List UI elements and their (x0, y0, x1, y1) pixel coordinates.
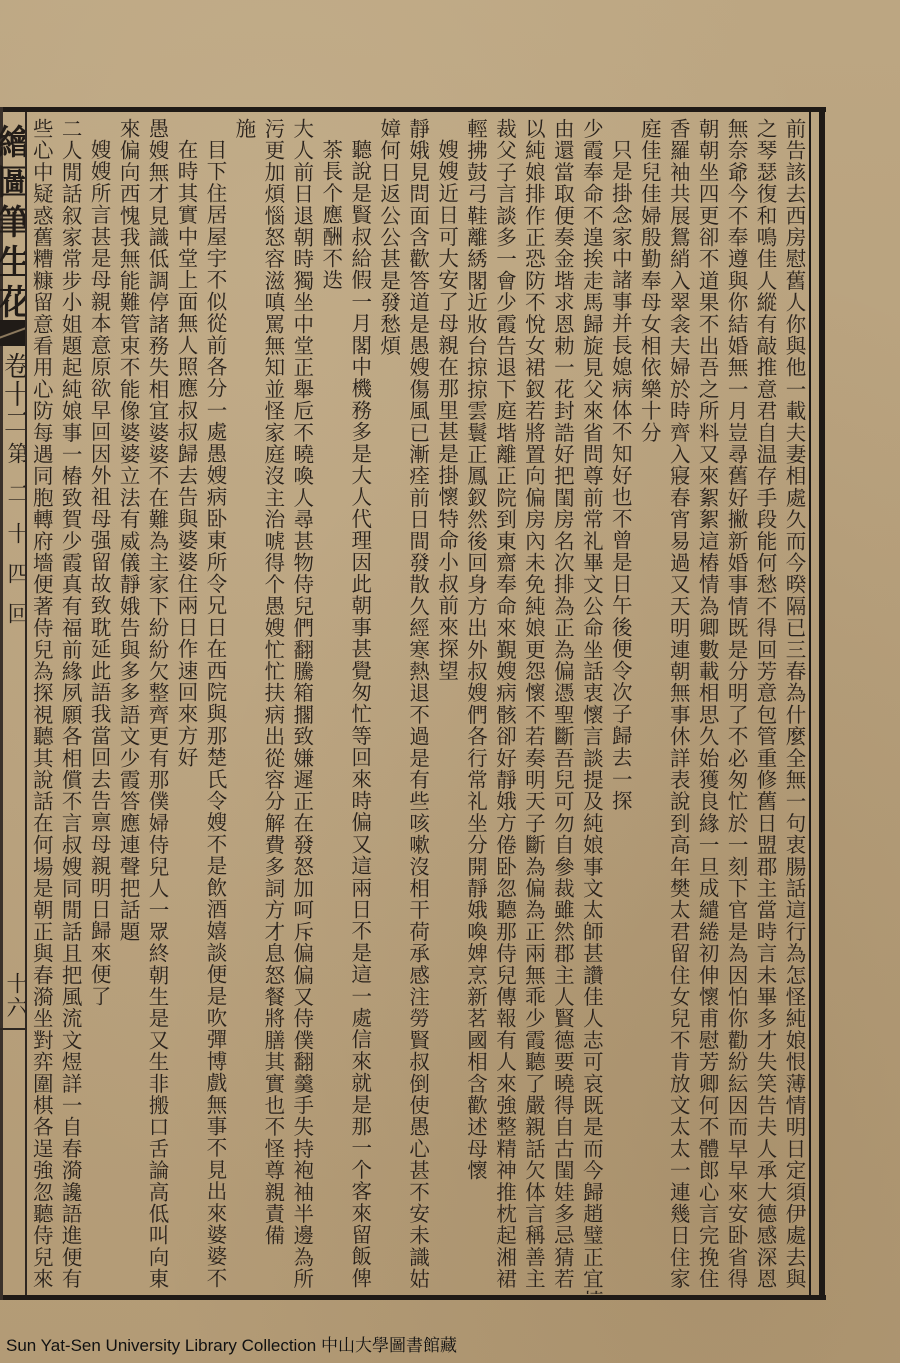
scanned-book-page: 繪圖筆生花 卷十二 第二十四回 十六 前告該去西房慰舊人你與他一載夫妻相處久而今… (0, 0, 900, 1363)
frame-bottom-rule (0, 1295, 826, 1300)
chapter-label: 第二十四回 (1, 442, 25, 642)
text-column: 大人前日退朝時獨坐中堂正舉卮不曉喚人尋甚物侍兒們翻騰箱擱致嫌遲正在發怒加呵斥偏偏… (287, 118, 316, 1294)
frame-top-rule (0, 107, 826, 112)
text-block: 前告該去西房慰舊人你與他一載夫妻相處久而今暌隔已三春為什麼全無一句衷腸話這行為怎… (26, 118, 808, 1294)
text-column: 以純娘排作正恐防不悅女裙釵若將置向偏房內未免純娘更怨懷不若奏明天子斷為偏為正兩無… (518, 118, 547, 1294)
text-column: 少霞奉命不遑挨走馬歸旋見父來省問尊前常礼畢文公命坐話衷懷言談提及純娘事文太師甚讚… (576, 118, 605, 1294)
volume-label: 卷十二 (0, 352, 25, 436)
text-column: 來偏向西愧我無能難管束不能像婆婆立法有威儀靜娥告與多多語文少霞答應連聲把話題 (113, 118, 142, 1294)
text-column: 靜娥見問面含歡答道是愚嫂傷風已漸痊前日間發散久經寒熱退不過是有些咳嗽沒相干荷承感… (403, 118, 432, 1294)
page-number: 十六 (0, 972, 25, 1020)
text-column: 之琴瑟復和鳴佳人縱有敲推意君自温存手段能何愁不得回芳意包管重修舊日盟郡主當時言未… (750, 118, 779, 1294)
text-column-prose: 嫂嫂所言甚是母親本意原欲早回因外祖母强留故致耽延此語我當回去告禀母親明日歸來便了 (84, 118, 113, 1294)
book-title: 繪圖筆生花 (0, 124, 25, 324)
library-credit: Sun Yat-Sen University Library Collectio… (6, 1331, 457, 1356)
frame-right-inner-rule (809, 107, 811, 1300)
text-column-prose: 聽說是賢叔給假一月閣中機務多是大人代理因此朝事甚覺匆忙等回來時偏又這兩日不是這一… (345, 118, 374, 1294)
text-column-prose: 只是掛念家中諸事并長媳病体不知好也不曾是日午後便令次子歸去一探 (605, 118, 634, 1294)
text-column: 由還當取便奏金堦求恩勅一花封誥好把閨房名次排為正為偏憑聖斷吾兒可勿自參裁雖然郡主… (547, 118, 576, 1294)
fishtail-ornament-icon (0, 320, 25, 346)
text-column: 污更加煩惱怒容滋嗔罵無知並怪家庭沒主治唬得个愚嫂忙忙扶病出從容分解費多詞方才息怒… (258, 118, 287, 1294)
text-column: 二人閒話叙家常步小姐題起純娘事一樁致賀少霞真有福前緣夙願各相償不言叔嫂同閒話且把… (55, 118, 84, 1294)
text-column-prose: 嫂嫂近日可大安了母親在那里甚是掛懷特命小叔前來探望 (432, 118, 461, 1294)
text-column-prose: 在時其實中堂上面無人照應叔叔歸去告與婆婆住兩日作速回來方好 (171, 118, 200, 1294)
text-column: 朝朝坐四更卻不道果不出吾之所料又來絮絮這樁情為卿數載相思久始獲良緣一旦成繾綣初伸… (692, 118, 721, 1294)
text-column-prose: 目下住居屋宇不似從前各分一處愚嫂病卧東所令兄日在西院與那楚氏令嫂不是飲酒嬉談便是… (200, 118, 229, 1294)
text-column: 愚嫂無才見識低調停諸務失相宜婆婆不在難為主家下紛紛欠整齊更有那僕婦侍兒人一眾終朝… (142, 118, 171, 1294)
text-column: 裁父子言談多一會少霞告退下庭堦離正院到東齋奉命來覲嫂病骸卻好靜娥方倦卧忽聽那侍兒… (490, 118, 519, 1294)
text-column: 庭佳兒佳婦殷勤奉母女相依樂十分 (634, 118, 663, 1294)
text-column: 輕拂鼓弓鞋離綉閣近妝台掠掠雲鬟正鳳釵然後回身方出外叔嫂們各行常礼坐分開靜娥喚婢烹… (461, 118, 490, 1294)
text-column: 無奈爺今不奉遵與你結婚無一月豈尋舊好撇新婚事情既是分明了不必匆忙於一刻下官是為因… (721, 118, 750, 1294)
text-column: 香羅袖共展鴛綃入翠衾夫婦於時齊入寢春宵易過又天明連朝無事休詳表說到高年樊太君留住… (663, 118, 692, 1294)
text-column: 施 (229, 118, 258, 1294)
text-column: 前告該去西房慰舊人你與他一載夫妻相處久而今暌隔已三春為什麼全無一句衷腸話這行為怎… (779, 118, 808, 1294)
text-column: 些心中疑惑舊糟糠留意看用心防每遇同胞轉府墻便著侍兒為探視聽其說話在何場是朝正與春… (26, 118, 55, 1294)
frame-right-outer-rule (819, 107, 825, 1300)
center-margin-banxin: 繪圖筆生花 卷十二 第二十四回 十六 (0, 112, 25, 1295)
text-column-prose: 茶長个應酬不迭 (316, 118, 345, 1294)
text-column: 嫜何日返公公甚是發愁煩 (374, 118, 403, 1294)
